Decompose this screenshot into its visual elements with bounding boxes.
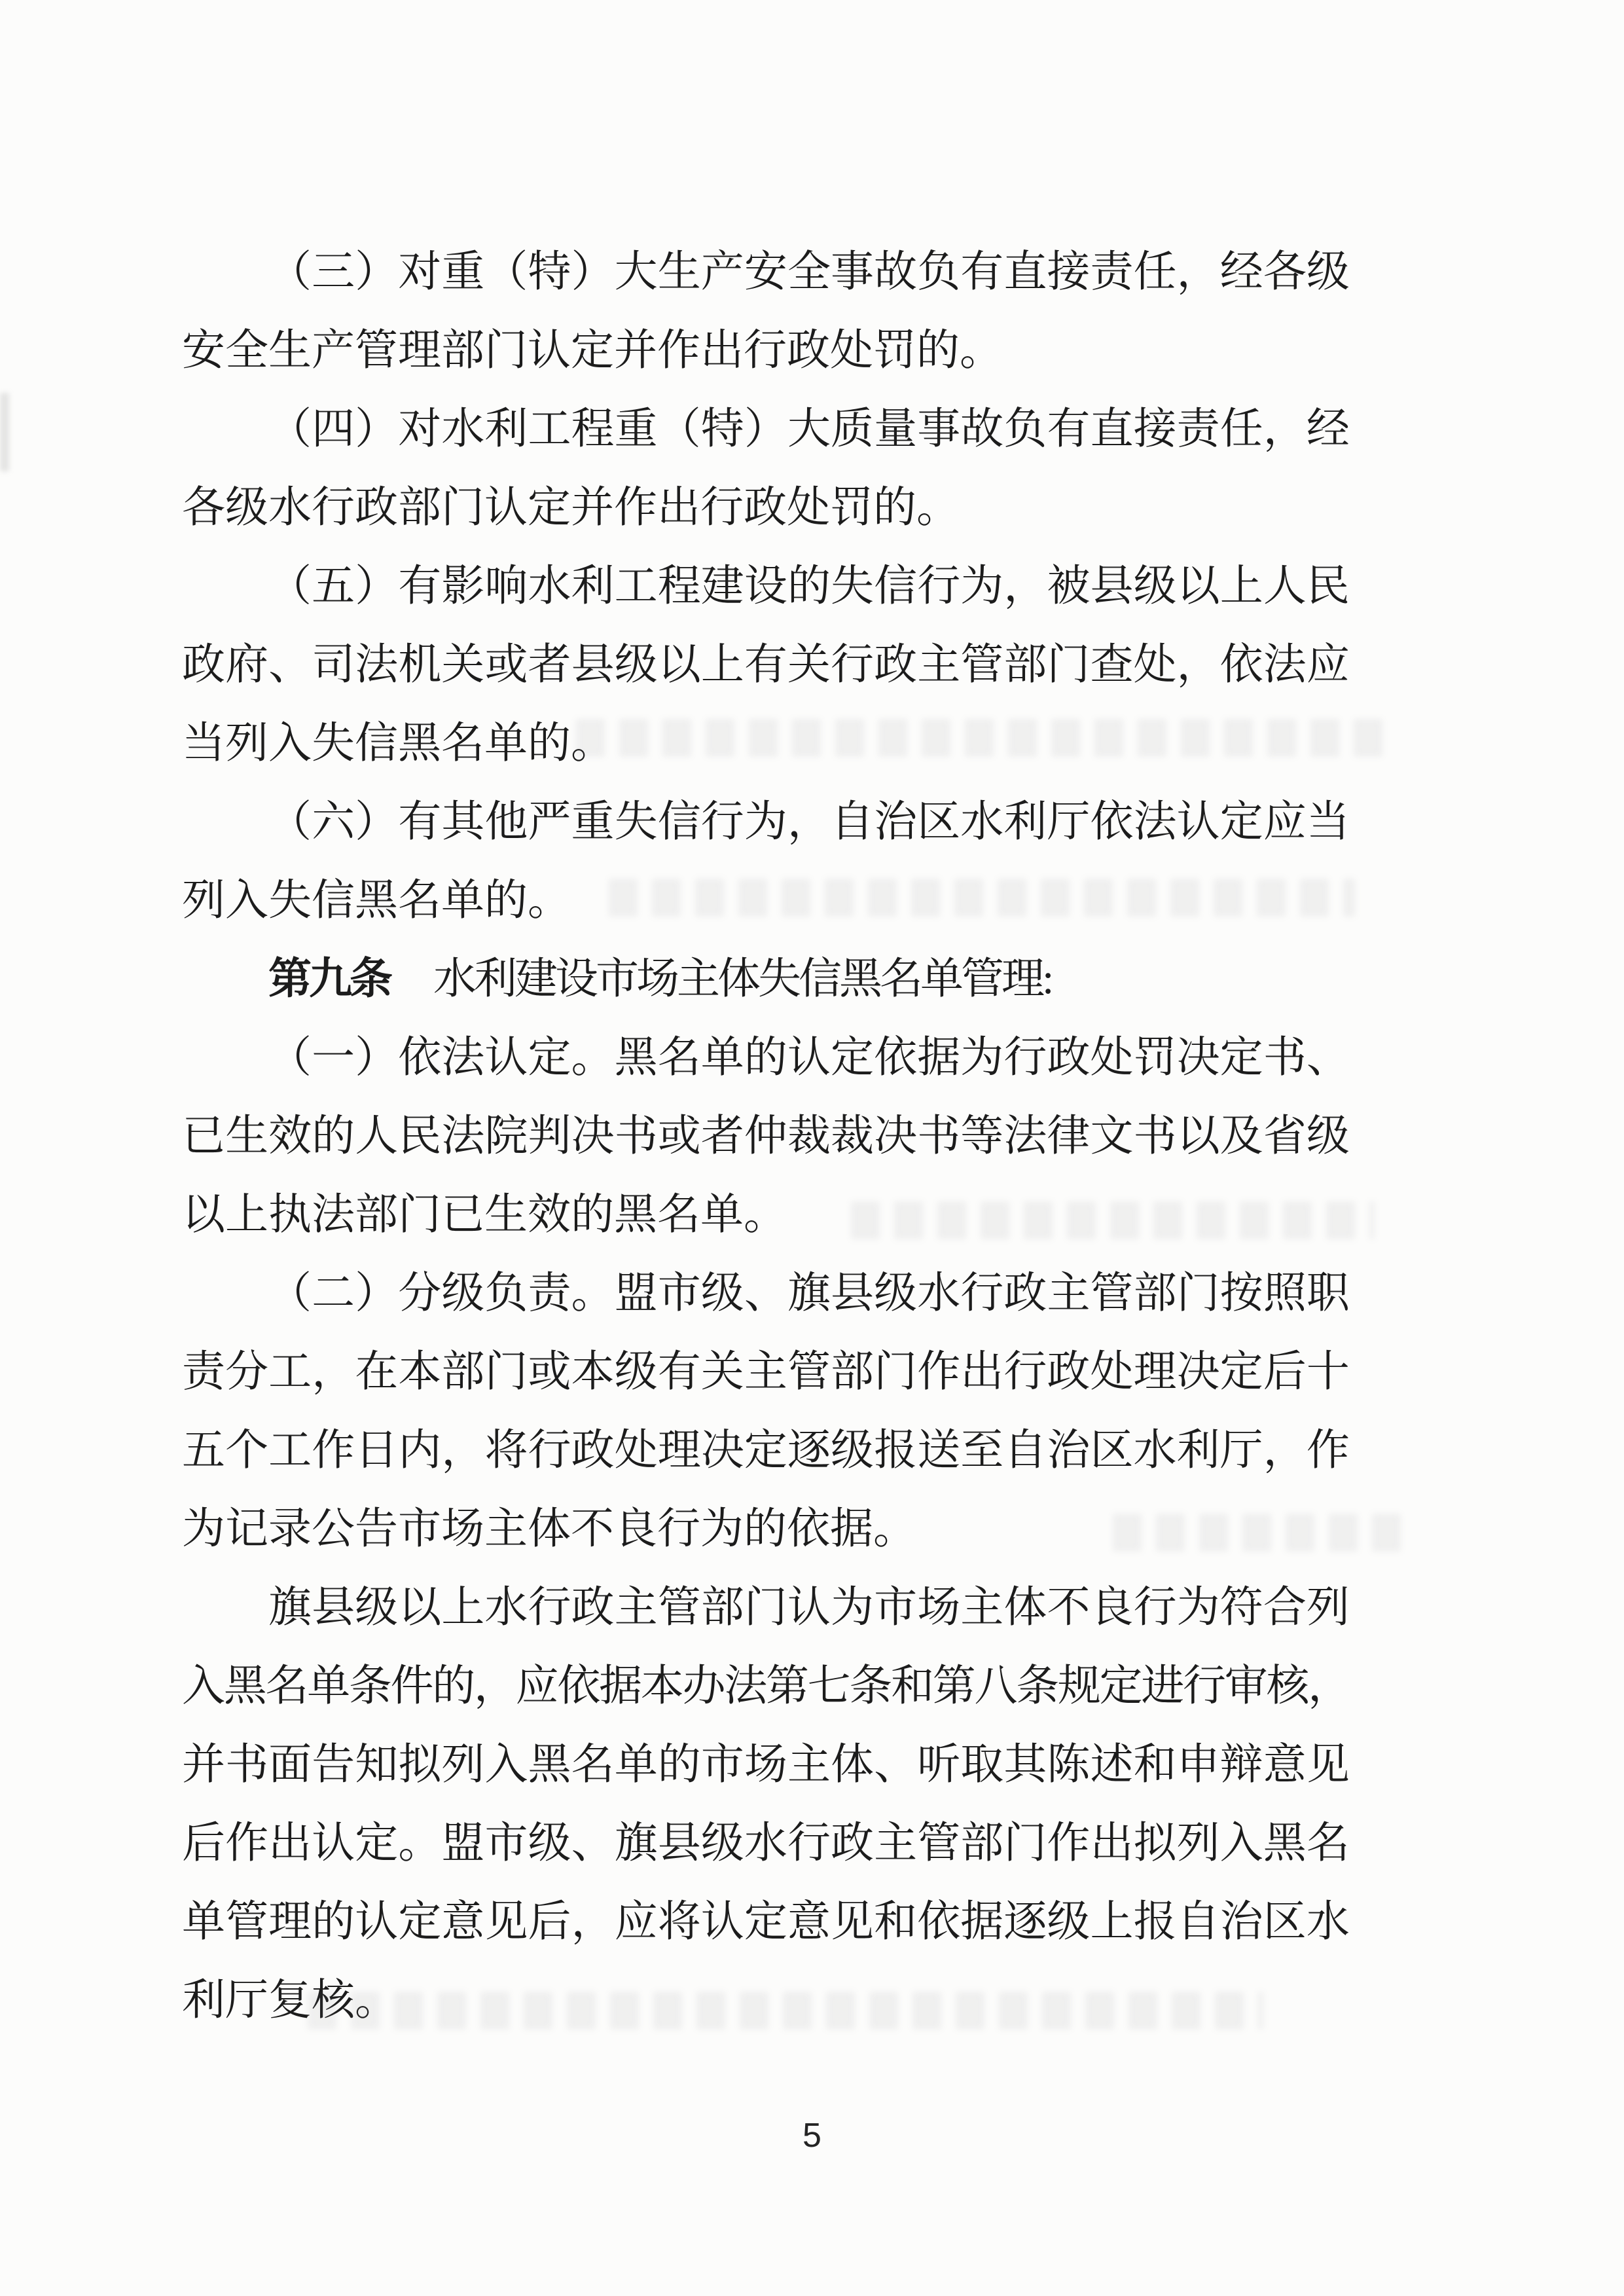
text-line: 五个工作日内，将行政处理决定逐级报送至自治区水利厅，作 bbox=[182, 1429, 1350, 1472]
text-line: （六）有其他严重失信行为，自治区水利厅依法认定应当 bbox=[268, 801, 1350, 844]
text-line: 已生效的人民法院判决书或者仲裁裁决书等法律文书以及省级 bbox=[182, 1115, 1350, 1158]
article-number: 第九条 bbox=[268, 955, 390, 1003]
body-text: （三）对重（特）大生产安全事故负有直接责任，经各级安全生产管理部门认定并作出行政… bbox=[0, 0, 1624, 2296]
text-line: 利厅复核。 bbox=[182, 1979, 1350, 2022]
text-line: 政府、司法机关或者县级以上有关行政主管部门查处，依法应 bbox=[182, 644, 1350, 687]
text-line: （三）对重（特）大生产安全事故负有直接责任，经各级 bbox=[268, 251, 1350, 294]
text-line: 后作出认定。盟市级、旗县级水行政主管部门作出拟列入黑名 bbox=[182, 1822, 1350, 1865]
text-line: （一）依法认定。黑名单的认定依据为行政处罚决定书、 bbox=[268, 1036, 1350, 1080]
text-line: 为记录公告市场主体不良行为的依据。 bbox=[182, 1508, 1350, 1551]
text-line: 并书面告知拟列入黑名单的市场主体、听取其陈述和申辩意见 bbox=[182, 1743, 1350, 1787]
text-line: （五）有影响水利工程建设的失信行为，被县级以上人民 bbox=[268, 565, 1350, 608]
text-line: 安全生产管理部门认定并作出行政处罚的。 bbox=[182, 329, 1350, 373]
text-line: 责分工，在本部门或本级有关主管部门作出行政处理决定后十 bbox=[182, 1351, 1350, 1394]
text-line: 当列入失信黑名单的。 bbox=[182, 722, 1350, 765]
text-line: 以上执法部门已生效的黑名单。 bbox=[182, 1194, 1350, 1237]
article-heading-line: 第九条 水利建设市场主体失信黑名单管理: bbox=[268, 958, 1350, 1001]
document-page: （三）对重（特）大生产安全事故负有直接责任，经各级安全生产管理部门认定并作出行政… bbox=[0, 0, 1624, 2296]
text-line: （四）对水利工程重（特）大质量事故负有直接责任，经 bbox=[268, 408, 1350, 451]
article-title: 水利建设市场主体失信黑名单管理: bbox=[393, 955, 1051, 1003]
text-line: 旗县级以上水行政主管部门认为市场主体不良行为符合列 bbox=[268, 1586, 1350, 1630]
text-line: 入黑名单条件的，应依据本办法第七条和第八条规定进行审核， bbox=[182, 1665, 1350, 1708]
text-line: 各级水行政部门认定并作出行政处罚的。 bbox=[182, 486, 1350, 530]
text-line: 单管理的认定意见后，应将认定意见和依据逐级上报自治区水 bbox=[182, 1901, 1350, 1944]
text-line: （二）分级负责。盟市级、旗县级水行政主管部门按照职 bbox=[268, 1272, 1350, 1315]
page-number: 5 bbox=[0, 2116, 1624, 2155]
text-line: 列入失信黑名单的。 bbox=[182, 879, 1350, 922]
